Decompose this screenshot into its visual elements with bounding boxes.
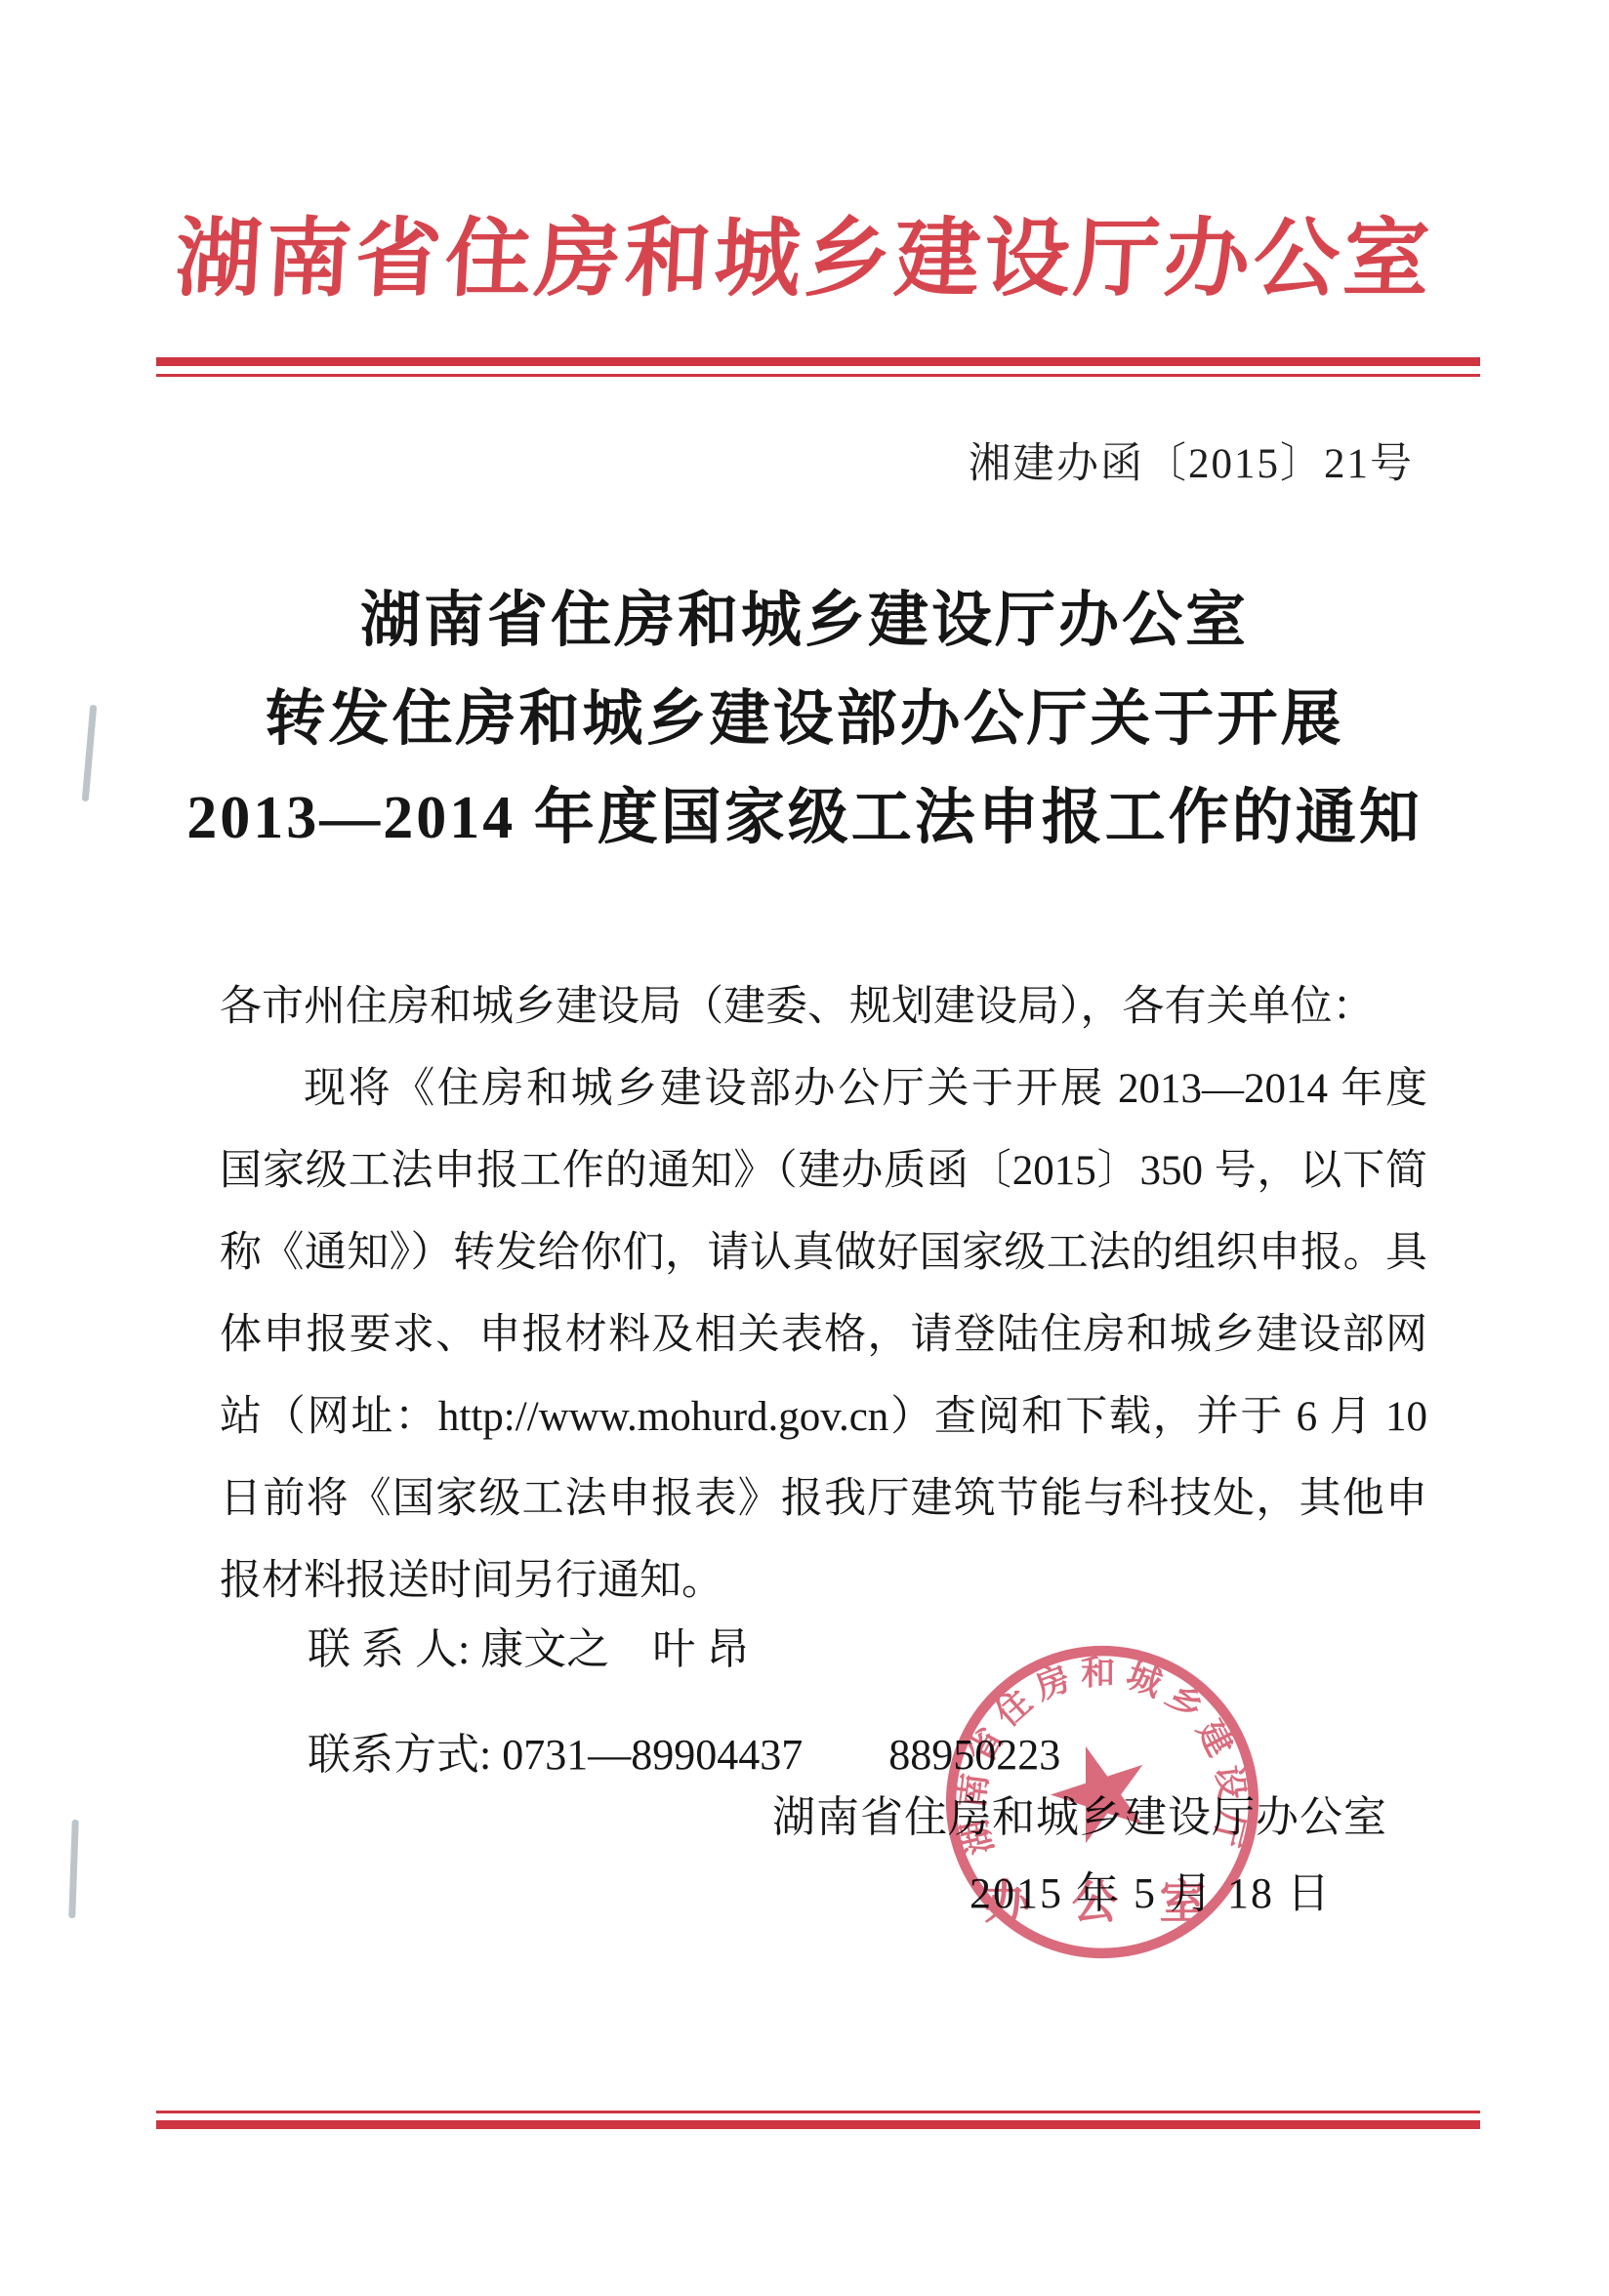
header-rule-thin (156, 374, 1480, 377)
footer-rule-thin (156, 2111, 1480, 2113)
header-rule-thick (156, 357, 1480, 366)
salutation-line: 各市州住房和城乡建设局（建委、规划建设局），各有关单位： (220, 966, 1427, 1048)
seal-bottom-text: 办 公 室 (984, 1877, 1220, 1929)
notice-title-line-1: 湖南省住房和城乡建设厅办公室 (0, 572, 1609, 671)
document-page: 湖南省住房和城乡建设厅办公室 湘建办函〔2015〕21号 湖南省住房和城乡建设厅… (0, 0, 1609, 2296)
body-line-6: 日前将《国家级工法申报表》报我厅建筑节能与科技处，其他申 (220, 1458, 1427, 1540)
seal-group: 湖南省住房和城乡建设厅 办 公 室 (951, 1651, 1254, 1953)
contact-person-line: 联 系 人: 康文之 叶 昂 (308, 1620, 749, 1679)
body-line-2: 国家级工法申报工作的通知》（建办质函〔2015〕350 号，以下简 (220, 1130, 1427, 1212)
letterhead-title: 湖南省住房和城乡建设厅办公室 (0, 203, 1609, 314)
seal-arc-text: 湖南省住房和城乡建设厅 (953, 1654, 1252, 1858)
body-line-5: 站（网址：http://www.mohurd.gov.cn）查阅和下载，并于 6… (220, 1376, 1427, 1458)
footer-rule-thick (156, 2120, 1480, 2129)
body-text: 各市州住房和城乡建设局（建委、规划建设局），各有关单位： 现将《住房和城乡建设部… (220, 966, 1427, 1622)
body-line-1: 现将《住房和城乡建设部办公厅关于开展 2013—2014 年度 (220, 1048, 1427, 1130)
notice-title-line-2: 转发住房和城乡建设部办公厅关于开展 (0, 671, 1609, 769)
notice-title: 湖南省住房和城乡建设厅办公室 转发住房和城乡建设部办公厅关于开展 2013—20… (0, 572, 1609, 868)
document-number: 湘建办函〔2015〕21号 (969, 439, 1414, 490)
seal-arc-text-holder: 湖南省住房和城乡建设厅 (953, 1654, 1252, 1858)
body-line-7: 报材料报送时间另行通知。 (220, 1540, 1427, 1622)
official-seal: 湖南省住房和城乡建设厅 办 公 室 (935, 1635, 1269, 1969)
star-icon (1040, 1731, 1161, 1849)
body-line-3: 称《通知》）转发给你们，请认真做好国家级工法的组织申报。具 (220, 1212, 1427, 1294)
body-line-4: 体申报要求、申报材料及相关表格，请登陆住房和城乡建设部网 (220, 1294, 1427, 1376)
notice-title-line-3: 2013—2014 年度国家级工法申报工作的通知 (0, 769, 1609, 868)
scan-artifact-line-2 (68, 1820, 79, 1918)
